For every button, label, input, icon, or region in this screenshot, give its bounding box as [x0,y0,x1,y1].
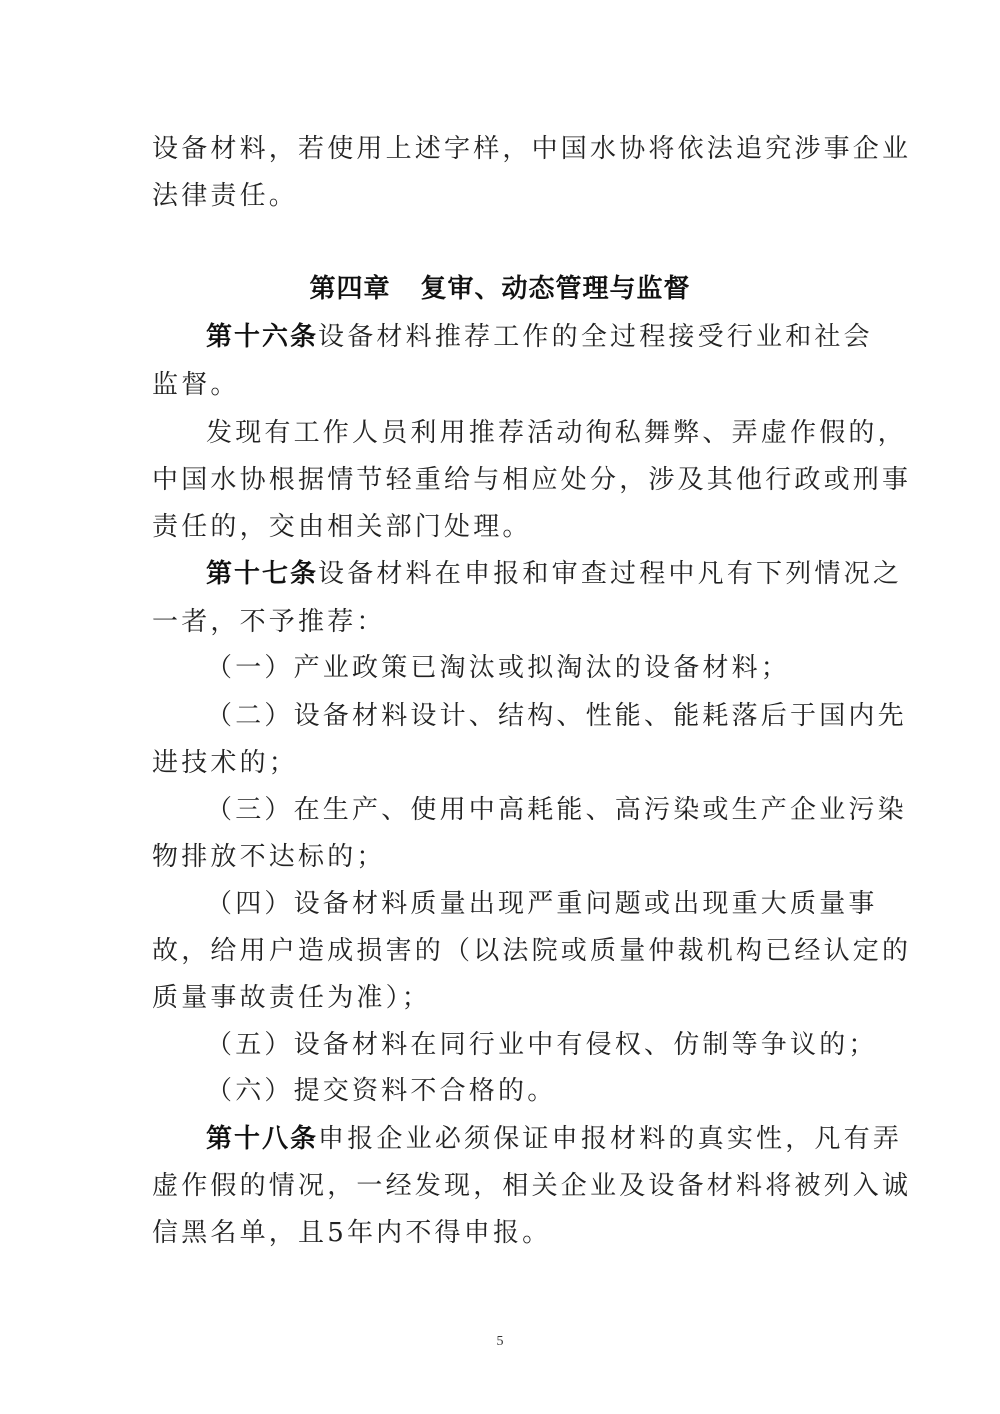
article-18-line-3: 信黑名单，且5年内不得申报。 [152,1217,848,1249]
article-16-line-2: 监督。 [152,369,848,401]
article-17-item-5: （五）设备材料在同行业中有侵权、仿制等争议的； [206,1029,848,1061]
article-16-text: 设备材料推荐工作的全过程接受行业和社会 [318,322,873,352]
article-16-para2-line-1: 发现有工作人员利用推荐活动徇私舞弊、弄虚作假的， [206,417,848,449]
page-number: 5 [0,1334,1000,1350]
article-17-item-3-line-1: （三）在生产、使用中高耗能、高污染或生产企业污染 [206,794,848,826]
article-18-text: 申报企业必须保证申报材料的真实性，凡有弄 [318,1124,902,1154]
article-17-item-2-line-1: （二）设备材料设计、结构、性能、能耗落后于国内先 [206,700,848,732]
article-17-item-4-line-2: 故，给用户造成损害的（以法院或质量仲裁机构已经认定的 [152,935,848,967]
article-17-line-1: 第十七条设备材料在申报和审查过程中凡有下列情况之 [206,558,848,590]
document-page: 设备材料，若使用上述字样，中国水协将依法追究涉事企业 法律责任。 第四章复审、动… [0,0,1000,1414]
article-17-text: 设备材料在申报和审查过程中凡有下列情况之 [318,559,902,589]
article-18-line-1: 第十八条申报企业必须保证申报材料的真实性，凡有弄 [206,1123,848,1155]
article-17-item-2-line-2: 进技术的； [152,747,848,779]
article-16-label: 第十六条 [206,322,318,352]
article-18-line-2: 虚作假的情况，一经发现，相关企业及设备材料将被列入诚 [152,1170,848,1202]
continuation-line-2: 法律责任。 [152,180,848,212]
article-17-item-4-line-3: 质量事故责任为准）； [152,982,848,1014]
article-17-label: 第十七条 [206,559,318,589]
article-16-para2-line-3: 责任的，交由相关部门处理。 [152,511,848,543]
article-17-item-4-line-1: （四）设备材料质量出现严重问题或出现重大质量事 [206,888,848,920]
article-17-line-2: 一者，不予推荐： [152,606,848,638]
chapter-title: 复审、动态管理与监督 [421,274,691,304]
chapter-number: 第四章 [309,274,390,304]
chapter-heading: 第四章复审、动态管理与监督 [0,272,1000,306]
article-16-para2-line-2: 中国水协根据情节轻重给与相应处分，涉及其他行政或刑事 [152,464,848,496]
article-17-item-6: （六）提交资料不合格的。 [206,1075,848,1107]
article-18-label: 第十八条 [206,1124,318,1154]
article-17-item-3-line-2: 物排放不达标的； [152,841,848,873]
article-16-line-1: 第十六条设备材料推荐工作的全过程接受行业和社会 [206,321,848,353]
article-17-item-1: （一）产业政策已淘汰或拟淘汰的设备材料； [206,652,848,684]
continuation-line-1: 设备材料，若使用上述字样，中国水协将依法追究涉事企业 [152,133,848,165]
